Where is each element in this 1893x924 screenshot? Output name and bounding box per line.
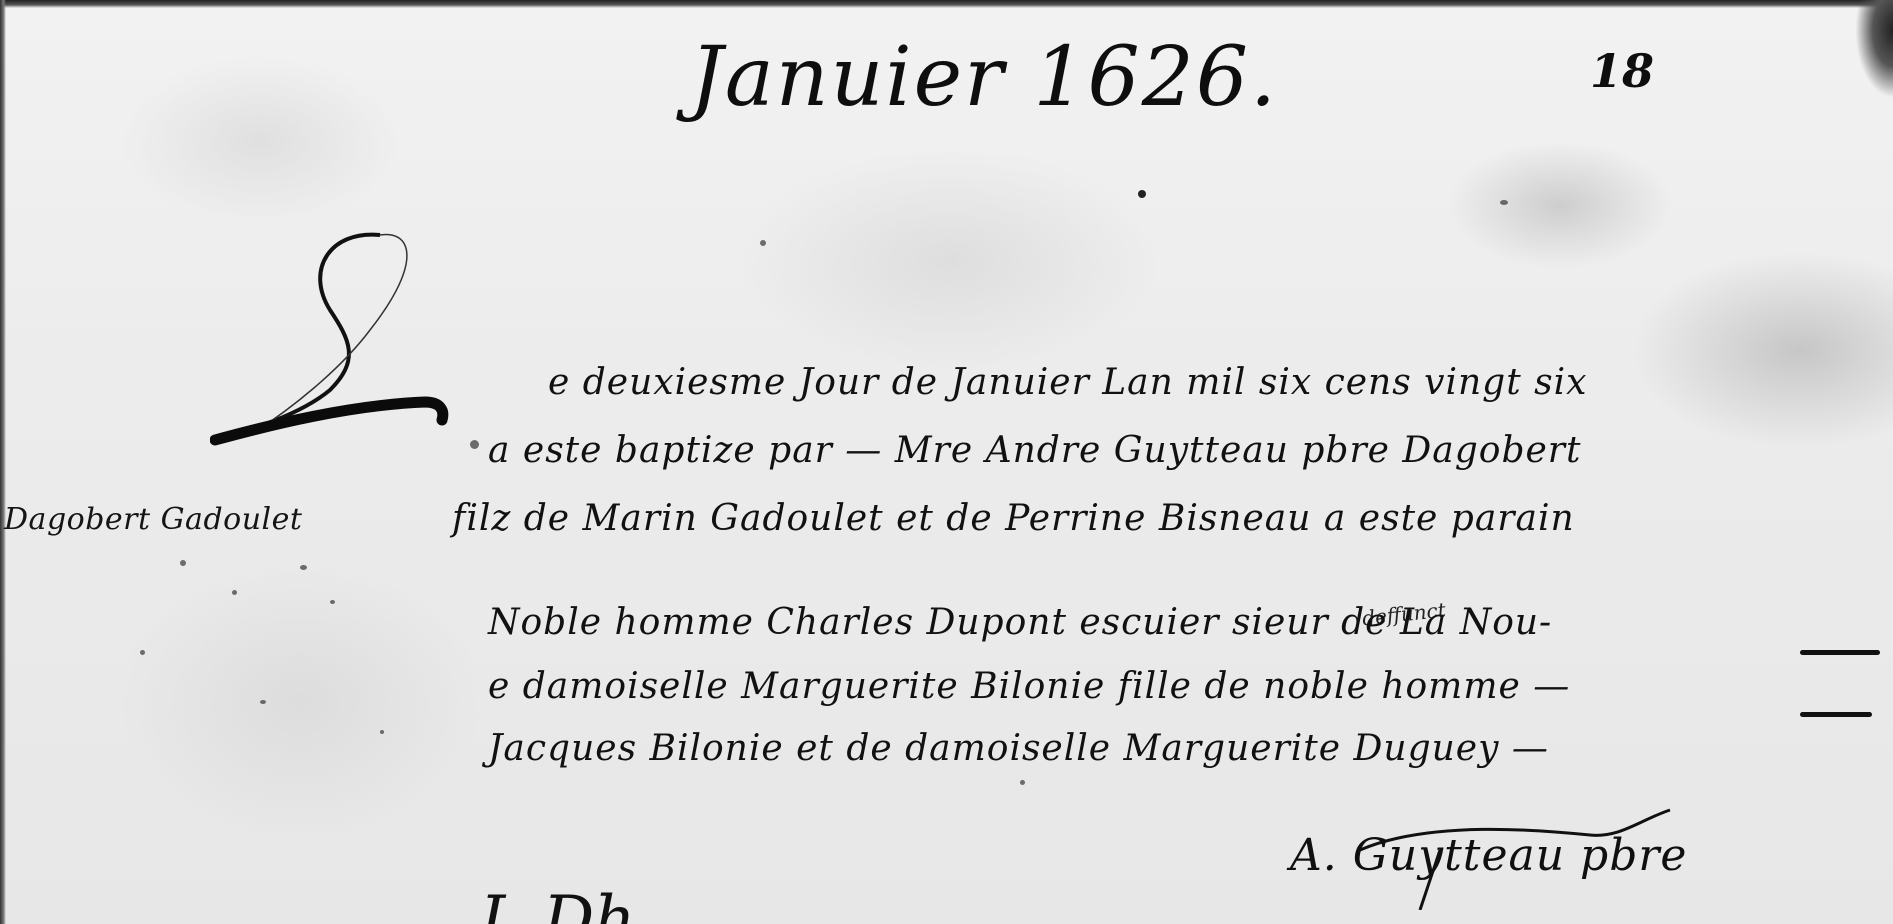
line-filler-dash — [1800, 650, 1880, 655]
priest-signature: A. Guytteau pbre — [1290, 830, 1687, 881]
register-page: Januier1626. 18 L Dagobert Gadoulet e de… — [0, 0, 1893, 924]
ink-dot — [1138, 190, 1146, 198]
entry-line-2: a este baptize par — Mre Andre Guytteau … — [488, 430, 1581, 471]
entry-line-4: Noble homme Charles Dupont escuier sieur… — [488, 602, 1552, 643]
ink-speck — [470, 440, 479, 449]
entry-line-6: Jacques Bilonie et de damoiselle Marguer… — [488, 728, 1549, 769]
ink-speck — [300, 565, 307, 570]
entry-line-3: filz de Marin Gadoulet et de Perrine Bis… — [452, 498, 1575, 539]
heading-year: 1626 — [1033, 30, 1250, 125]
ink-speck — [380, 730, 384, 734]
next-entry-fragment: L Dh — [480, 888, 1280, 924]
line-filler-dash — [1800, 712, 1872, 717]
entry-line-5: e damoiselle Marguerite Bilonie fille de… — [488, 666, 1570, 707]
decorated-initial-l-icon — [210, 230, 550, 460]
ink-speck — [180, 560, 186, 566]
page-left-edge — [0, 0, 6, 924]
page-heading: Januier1626. — [690, 30, 1278, 125]
page-corner-shadow — [1833, 0, 1893, 110]
ink-speck — [140, 650, 145, 655]
folio-number: 18 — [1590, 44, 1654, 98]
margin-note-child-name: Dagobert Gadoulet — [4, 502, 302, 537]
ink-speck — [760, 240, 766, 246]
ink-speck — [232, 590, 237, 595]
entry-line-1: e deuxiesme Jour de Januier Lan mil six … — [548, 362, 1587, 403]
ink-speck — [260, 700, 266, 704]
page-top-edge — [0, 0, 1893, 8]
heading-month: Januier — [690, 30, 1005, 125]
ink-speck — [1020, 780, 1025, 785]
ink-speck — [330, 600, 335, 604]
heading-period: . — [1250, 30, 1278, 125]
ink-speck — [1500, 200, 1508, 205]
